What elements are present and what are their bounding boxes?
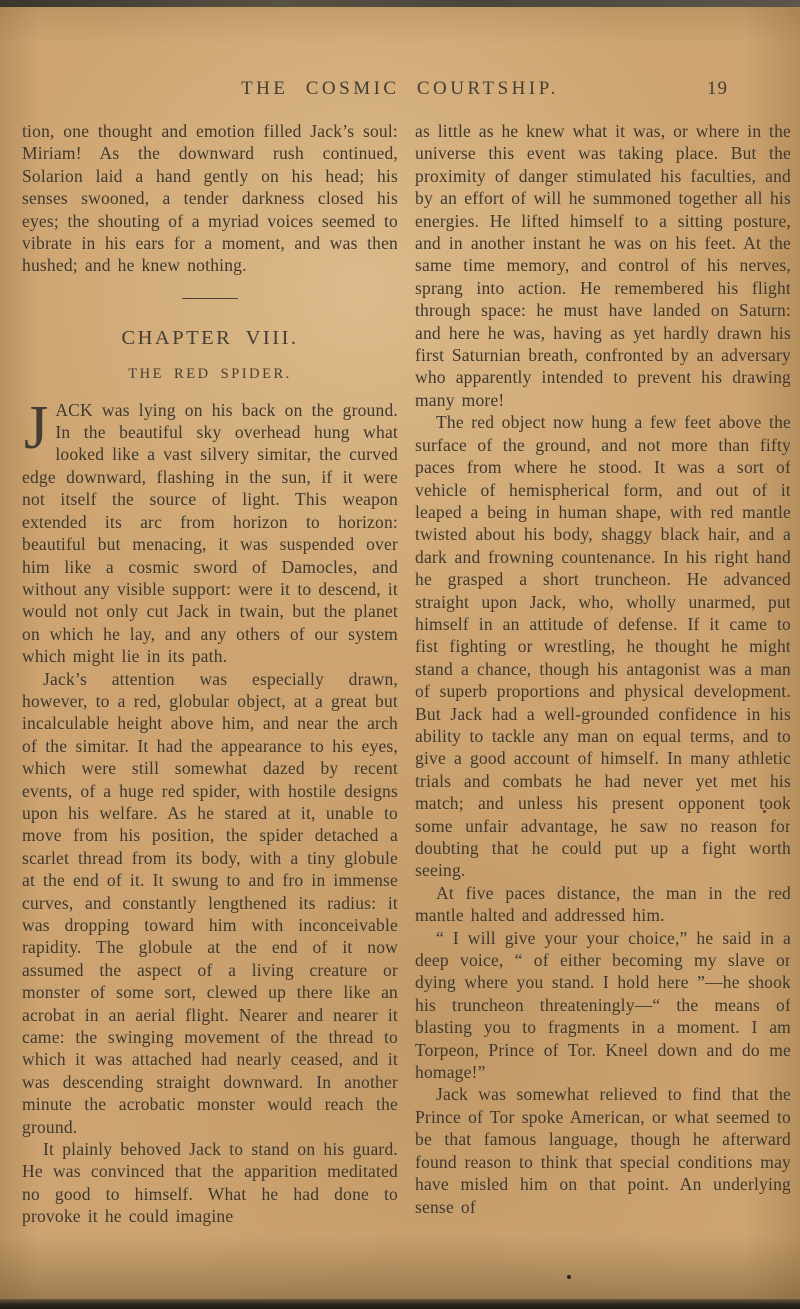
page-top-edge xyxy=(0,0,800,7)
continuation-paragraph: tion, one thought and emotion filled Jac… xyxy=(22,120,398,277)
dropcap-letter: J xyxy=(22,399,55,453)
page-number: 19 xyxy=(707,78,728,100)
chapter-heading: CHAPTER VIII. xyxy=(22,327,398,349)
body-paragraph: The red object now hung a few feet above… xyxy=(415,411,790,882)
text-columns: tion, one thought and emotion filled Jac… xyxy=(22,120,790,1286)
section-divider xyxy=(182,298,238,299)
ink-speck xyxy=(567,1275,571,1279)
page-header: THE COSMIC COURTSHIP. 19 xyxy=(0,78,800,104)
ink-speck xyxy=(763,810,766,813)
page-bottom-edge xyxy=(0,1299,800,1309)
running-title: THE COSMIC COURTSHIP. xyxy=(0,78,800,100)
body-paragraph: At five paces distance, the man in the r… xyxy=(415,882,790,927)
left-column: tion, one thought and emotion filled Jac… xyxy=(22,120,398,1286)
body-paragraph: as little as he knew what it was, or whe… xyxy=(415,120,790,411)
body-paragraph: Jack’s attention was especially drawn, h… xyxy=(22,668,398,1139)
opening-paragraph-text: ACK was lying on his back on the ground.… xyxy=(22,400,398,666)
body-paragraph: “ I will give your your choice,” he said… xyxy=(415,927,790,1084)
right-column: as little as he knew what it was, or whe… xyxy=(415,120,790,1286)
body-paragraph: Jack was somewhat relieved to find that … xyxy=(415,1083,790,1217)
body-paragraph: It plainly behoved Jack to stand on his … xyxy=(22,1138,398,1228)
opening-paragraph: JACK was lying on his back on the ground… xyxy=(22,399,398,668)
chapter-subtitle: THE RED SPIDER. xyxy=(22,363,398,385)
book-page-scan: THE COSMIC COURTSHIP. 19 tion, one thoug… xyxy=(0,6,800,1300)
